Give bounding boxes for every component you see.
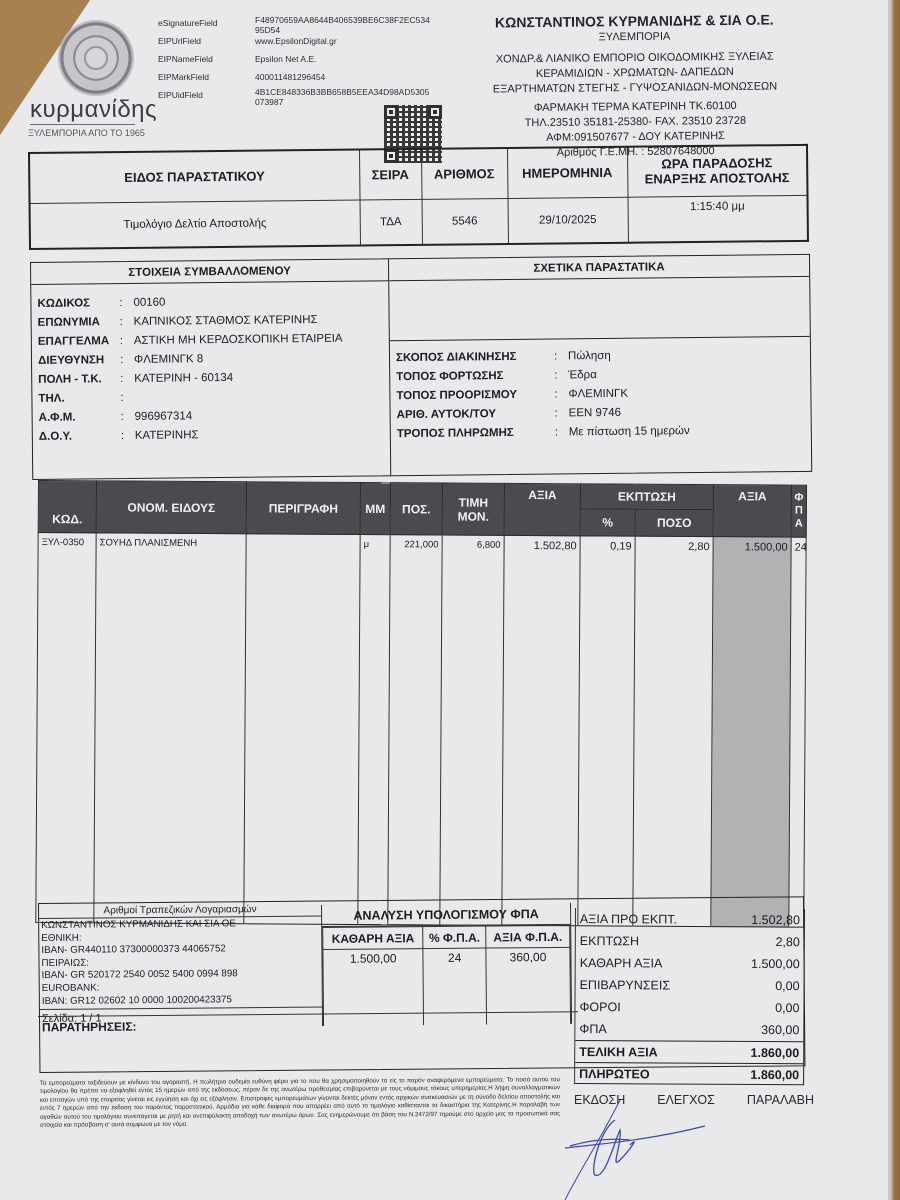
doc-date: 29/10/2025 bbox=[508, 197, 628, 244]
totals-value: 0,00 bbox=[710, 975, 800, 997]
field-separator: : bbox=[554, 347, 568, 366]
logo-tagline: ΞΥΛΕΜΠΟΡΙΑ ΑΠΟ ΤΟ 1965 bbox=[28, 128, 145, 138]
field-value: ΕΕΝ 9746 bbox=[569, 402, 811, 424]
col-name: ΟΝΟΜ. ΕΙΔΟΥΣ bbox=[96, 481, 246, 534]
totals-label: ΦΟΡΟΙ bbox=[579, 996, 620, 1018]
totals-rows: ΑΞΙΑ ΠΡΟ ΕΚΠΤ.1.502,80ΕΚΠΤΩΣΗ2,80ΚΑΘΑΡΗ … bbox=[574, 908, 805, 1085]
doc-time: 1:15:40 μμ bbox=[628, 195, 808, 243]
company-line: ΕΞΑΡΤΗΜΑΤΩΝ ΣΤΕΓΗΣ - ΓΥΨΟΣΑΝΙΔΩΝ-ΜΟΝΩΣΕΩ… bbox=[445, 79, 825, 98]
field-value: Με πίστωση 15 ημερών bbox=[569, 421, 811, 443]
bank-accounts: Αριθμοί Τραπεζικών Λογαριασμών ΚΩΝΣΤΑΝΤΙ… bbox=[38, 904, 323, 1029]
col-vat-letter: Α bbox=[792, 518, 806, 531]
field-label: ΕΠΩΝΥΜΙΑ bbox=[38, 313, 120, 333]
item-price: 6,800 bbox=[440, 535, 504, 925]
field-label: ΤΟΠΟΣ ΦΟΡΤΩΣΗΣ bbox=[396, 367, 554, 388]
counterparty-fields: ΚΩΔΙΚΟΣ:00160ΕΠΩΝΥΜΙΑ:ΚΑΠΝΙΚΟΣ ΣΤΑΘΜΟΣ Κ… bbox=[31, 281, 390, 447]
logo-divider bbox=[30, 124, 135, 125]
table-row: 1.500,00 24 360,00 bbox=[323, 947, 570, 975]
items-table: ΚΩΔ. ΟΝΟΜ. ΕΙΔΟΥΣ ΠΕΡΙΓΡΑΦΗ ΜΜ ΠΟΣ. ΤΙΜΗ… bbox=[35, 480, 806, 928]
doc-number: 5546 bbox=[422, 198, 508, 245]
col-net-value: ΑΞΙΑ bbox=[713, 485, 791, 537]
totals-value: 1.502,80 bbox=[710, 909, 800, 931]
col-price-line: ΜΟΝ. bbox=[443, 509, 504, 523]
totals-label: ΠΛΗΡΩΤΕΟ bbox=[579, 1063, 650, 1083]
col-discount-amt: ΠΟΣΟ bbox=[635, 509, 713, 537]
col-vat: Φ Π Α bbox=[791, 485, 806, 537]
bank-line: IBAN: GR12 02602 10 0000 100200423375 bbox=[42, 993, 320, 1008]
field-separator: : bbox=[120, 332, 134, 351]
paper-edge bbox=[888, 0, 890, 1200]
field-label: ΑΡΙΘ. ΑΥΤΟΚ/ΤΟΥ bbox=[397, 405, 555, 426]
totals-row: ΚΑΘΑΡΗ ΑΞΙΑ1.500,00 bbox=[576, 952, 804, 975]
totals-row: ΠΛΗΡΩΤΕΟ1.860,00 bbox=[575, 1062, 803, 1085]
item-name: ΣΟΥΗΔ ΠΛΑΝΙΣΜΕΝΗ bbox=[94, 533, 246, 924]
field-label: ΔΙΕΥΘΥΝΣΗ bbox=[38, 351, 120, 371]
totals-row: ΑΞΙΑ ΠΡΟ ΕΚΠΤ.1.502,80 bbox=[576, 908, 804, 931]
field-label: Α.Φ.Μ. bbox=[39, 408, 121, 428]
vat-analysis: ΑΝΑΛΥΣΗ ΥΠΟΛΟΓΙΣΜΟΥ ΦΠΑ ΚΑΘΑΡΗ ΑΞΙΑ % Φ.… bbox=[321, 903, 572, 1026]
item-vat: 24 bbox=[789, 537, 806, 927]
transport-fields: ΣΚΟΠΟΣ ΔΙΑΚΙΝΗΣΗΣ:ΠώλησηΤΟΠΟΣ ΦΟΡΤΩΣΗΣ:Έ… bbox=[390, 337, 811, 444]
doc-number-header: ΑΡΙΘΜΟΣ bbox=[421, 148, 508, 199]
doc-time-header: ΩΡΑ ΠΑΡΑΔΟΣΗΣ ΕΝΑΡΞΗΣ ΑΠΟΣΤΟΛΗΣ bbox=[627, 145, 808, 197]
col-value: ΑΞΙΑ bbox=[504, 483, 580, 535]
col-price-line: ΤΙΜΗ bbox=[443, 495, 504, 509]
field-label: ΤΗΛ. bbox=[38, 389, 120, 409]
col-price: ΤΙΜΗ ΜΟΝ. bbox=[442, 483, 504, 535]
field-separator: : bbox=[120, 370, 134, 389]
doc-series: ΤΔΑ bbox=[360, 199, 422, 246]
item-discount-pct: 0,19 bbox=[578, 536, 635, 926]
col-unit: ΜΜ bbox=[360, 482, 390, 534]
totals-row: ΕΚΠΤΩΣΗ2,80 bbox=[576, 930, 804, 953]
vat-net: 1.500,00 bbox=[323, 949, 424, 976]
esignature-labels: eSignatureField EIPUrlField EIPNameField… bbox=[158, 14, 218, 104]
esig-value: 400011481296454 bbox=[255, 68, 475, 86]
totals-label: ΑΞΙΑ ΠΡΟ ΕΚΠΤ. bbox=[580, 908, 677, 931]
col-code: ΚΩΔ. bbox=[38, 481, 96, 533]
signoff-receive: ΠΑΡΑΛΑΒΗ bbox=[747, 1093, 814, 1107]
field-label: ΣΚΟΠΟΣ ΔΙΑΚΙΝΗΣΗΣ bbox=[396, 348, 554, 369]
vat-empty bbox=[486, 973, 570, 1024]
counterparty-panel: ΣΤΟΙΧΕΙΑ ΣΥΜΒΑΛΛΟΜΕΝΟΥ ΚΩΔΙΚΟΣ:00160ΕΠΩΝ… bbox=[31, 259, 391, 479]
doc-series-header: ΣΕΙΡΑ bbox=[359, 149, 422, 200]
item-code: ΞΥΛ-0350 bbox=[36, 533, 96, 923]
totals-row: ΕΠΙΒΑΡΥΝΣΕΙΣ0,00 bbox=[576, 974, 804, 997]
vat-empty bbox=[424, 974, 487, 1025]
field-label: ΕΠΑΓΓΕΛΜΑ bbox=[38, 332, 120, 352]
field-label: Δ.Ο.Υ. bbox=[39, 427, 121, 447]
totals-label: ΚΑΘΑΡΗ ΑΞΙΑ bbox=[580, 952, 663, 974]
esig-value-cont: 073987 bbox=[255, 98, 475, 106]
item-discount-amt: 2,80 bbox=[633, 536, 713, 926]
esig-value: Epsilon Net A.E. bbox=[255, 50, 475, 68]
terms-text: Τα εμπορεύματα ταξιδεύουν με κίνδυνο του… bbox=[40, 1076, 560, 1130]
item-value: 1.502,80 bbox=[502, 535, 580, 925]
totals-label: ΤΕΛΙΚΗ ΑΞΙΑ bbox=[579, 1041, 658, 1062]
item-description bbox=[244, 534, 360, 925]
totals-row: ΤΕΛΙΚΗ ΑΞΙΑ1.860,00 bbox=[575, 1040, 803, 1063]
vat-col-net: ΚΑΘΑΡΗ ΑΞΙΑ bbox=[323, 927, 424, 950]
col-discount-pct: % bbox=[580, 509, 635, 536]
remarks-label: ΠΑΡΑΤΗΡΗΣΕΙΣ: bbox=[42, 1020, 137, 1035]
totals-value: 2,80 bbox=[710, 931, 800, 953]
field-value: ΦΛΕΜΙΝΓΚ bbox=[568, 383, 810, 405]
totals-label: ΕΠΙΒΑΡΥΝΣΕΙΣ bbox=[580, 974, 671, 996]
esig-label: EIPMarkField bbox=[158, 68, 218, 86]
field-separator: : bbox=[554, 385, 568, 404]
totals-panel: ΑΞΙΑ ΠΡΟ ΕΚΠΤ.1.502,80ΕΚΠΤΩΣΗ2,80ΚΑΘΑΡΗ … bbox=[574, 908, 805, 1085]
col-vat-letter: Π bbox=[792, 505, 806, 518]
doc-type-header: ΕΙΔΟΣ ΠΑΡΑΣΤΑΤΙΚΟΥ bbox=[29, 150, 360, 203]
field-separator: : bbox=[119, 294, 133, 313]
field-label: ΚΩΔΙΚΟΣ bbox=[37, 294, 119, 314]
field-separator: : bbox=[555, 423, 569, 442]
esig-label: EIPUrlField bbox=[158, 32, 218, 50]
vat-amount: 360,00 bbox=[486, 947, 570, 974]
field-separator: : bbox=[120, 351, 134, 370]
vat-col-rate: % Φ.Π.Α. bbox=[423, 926, 486, 949]
item-net-value: 1.500,00 bbox=[711, 537, 791, 927]
document-info: ΕΙΔΟΣ ΠΑΡΑΣΤΑΤΙΚΟΥ ΣΕΙΡΑ ΑΡΙΘΜΟΣ ΗΜΕΡΟΜΗ… bbox=[28, 144, 809, 250]
related-docs-panel: ΣΧΕΤΙΚΑ ΠΑΡΑΣΤΑΤΙΚΑ ΣΚΟΠΟΣ ΔΙΑΚΙΝΗΣΗΣ:Πώ… bbox=[389, 255, 811, 475]
logo-tree-ring-icon bbox=[58, 20, 134, 96]
totals-value: 1.860,00 bbox=[709, 1042, 799, 1063]
col-discount: ΕΚΠΤΩΣΗ bbox=[580, 484, 713, 510]
field-value: Έδρα bbox=[568, 364, 810, 386]
totals-value: 1.500,00 bbox=[710, 953, 800, 975]
esignature-values: F48970659AA8644B406539BE6C38F2EC534 95D5… bbox=[255, 14, 475, 104]
field-value: ΚΑΤΕΡΙΝΗΣ bbox=[135, 424, 390, 446]
totals-value: 1.860,00 bbox=[709, 1064, 799, 1084]
related-docs-list bbox=[389, 277, 810, 341]
totals-row: ΦΠΑ360,00 bbox=[575, 1018, 803, 1041]
logo-brand: κυρμανίδης bbox=[30, 96, 157, 124]
vat-col-amount: ΑΞΙΑ Φ.Π.Α. bbox=[486, 925, 570, 948]
field-separator: : bbox=[121, 408, 135, 427]
item-qty: 221,000 bbox=[388, 535, 442, 925]
field-label: ΤΟΠΟΣ ΠΡΟΟΡΙΣΜΟΥ bbox=[396, 386, 554, 407]
field-separator: : bbox=[120, 389, 134, 408]
field-value: Πώληση bbox=[568, 345, 810, 367]
totals-value: 0,00 bbox=[709, 997, 799, 1019]
doc-type: Τιμολόγιο Δελτίο Αποστολής bbox=[30, 200, 360, 249]
vat-rate: 24 bbox=[423, 948, 486, 975]
totals-value: 360,00 bbox=[709, 1019, 799, 1041]
parties-section: ΣΤΟΙΧΕΙΑ ΣΥΜΒΑΛΛΟΜΕΝΟΥ ΚΩΔΙΚΟΣ:00160ΕΠΩΝ… bbox=[30, 254, 812, 480]
esig-value: 4B1CE848336B3BB658B5EEA34D98AD5305 bbox=[255, 86, 475, 98]
wood-background-right bbox=[890, 0, 900, 1200]
totals-row: ΦΟΡΟΙ0,00 bbox=[575, 996, 803, 1019]
totals-label: ΕΚΠΤΩΣΗ bbox=[580, 930, 639, 952]
table-row: ΞΥΛ-0350 ΣΟΥΗΔ ΠΛΑΝΙΣΜΕΝΗ μ 221,000 6,80… bbox=[36, 533, 806, 928]
field-separator: : bbox=[120, 313, 134, 332]
signature-icon bbox=[560, 1100, 720, 1200]
item-unit: μ bbox=[358, 534, 390, 924]
col-qty: ΠΟΣ. bbox=[390, 483, 442, 535]
totals-label: ΦΠΑ bbox=[579, 1018, 606, 1040]
bank-lines: ΚΩΝΣΤΑΝΤΙΝΟΣ ΚΥΡΜΑΝΙΔΗΣ ΚΑΙ ΣΙΑ ΟΕ ΕΘΝΙΚ… bbox=[38, 917, 323, 1010]
col-description: ΠΕΡΙΓΡΑΦΗ bbox=[246, 482, 360, 535]
esig-label: EIPNameField bbox=[158, 50, 218, 68]
esig-value: www.EpsilonDigital.gr bbox=[255, 32, 475, 50]
field-separator: : bbox=[555, 404, 569, 423]
company-header: ΚΩΝΣΤΑΝΤΙΝΟΣ ΚΥΡΜΑΝΙΔΗΣ & ΣΙΑ Ο.Ε. ΞΥΛΕΜ… bbox=[444, 10, 826, 162]
doc-date-header: ΗΜΕΡΟΜΗΝΙΑ bbox=[507, 147, 628, 198]
vat-empty bbox=[323, 975, 424, 1026]
esig-value: F48970659AA8644B406539BE6C38F2EC534 bbox=[255, 14, 475, 26]
doc-time-header-line: ΕΝΑΡΞΗΣ ΑΠΟΣΤΟΛΗΣ bbox=[628, 170, 807, 187]
field-label: ΠΟΛΗ - Τ.Κ. bbox=[38, 370, 120, 390]
field-separator: : bbox=[121, 427, 135, 446]
field-separator: : bbox=[554, 366, 568, 385]
field-label: ΤΡΟΠΟΣ ΠΛΗΡΩΜΗΣ bbox=[397, 424, 555, 445]
esig-label: eSignatureField bbox=[158, 14, 218, 32]
vat-analysis-title: ΑΝΑΛΥΣΗ ΥΠΟΛΟΓΙΣΜΟΥ ΦΠΑ bbox=[322, 903, 570, 927]
esig-label: EIPUidField bbox=[158, 86, 218, 104]
col-vat-letter: Φ bbox=[792, 492, 806, 505]
